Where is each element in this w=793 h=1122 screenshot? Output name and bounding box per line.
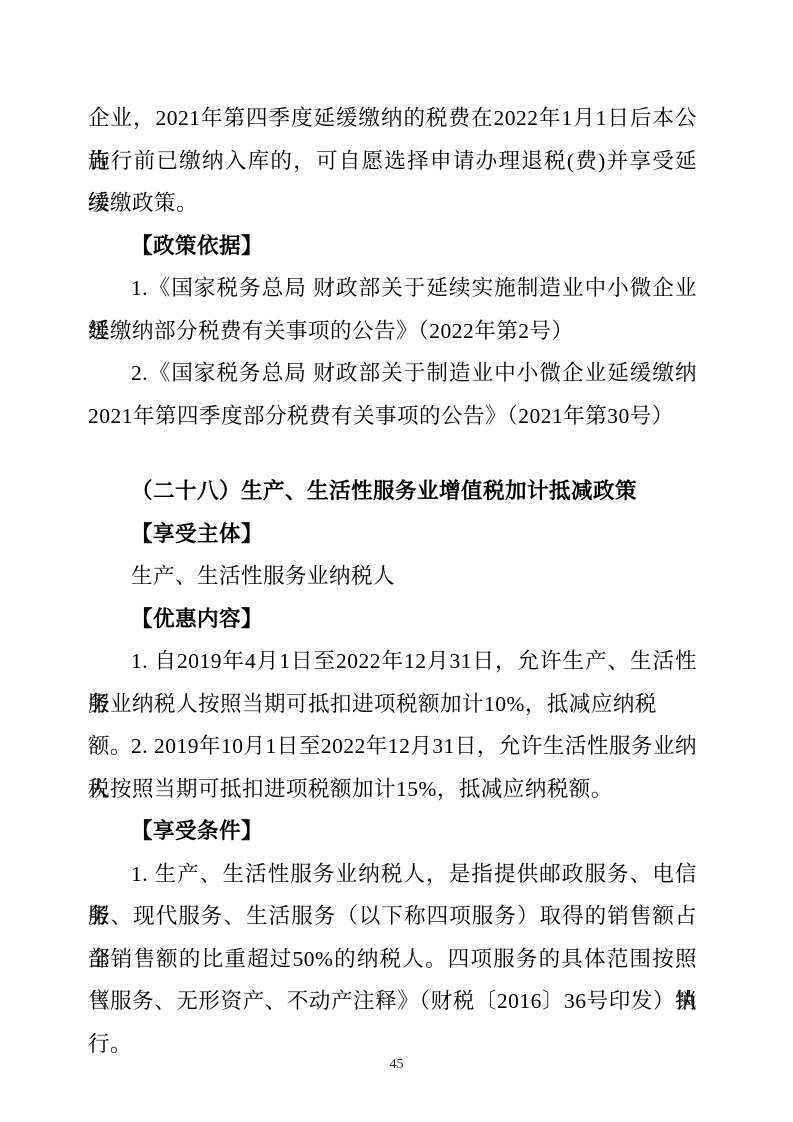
- label-beneficiary: 【享受主体】: [88, 513, 697, 556]
- label-benefit-content: 【优惠内容】: [88, 598, 697, 641]
- para-line: 务、现代服务、生活服务（以下称四项服务）取得的销售额占全: [88, 895, 697, 938]
- document-page: 企业，2021年第四季度延缓缴纳的税费在2022年1月1日后本公告 施行前已缴纳…: [0, 0, 793, 1122]
- para-line: 务业纳税人按照当期可抵扣进项税额加计10%，抵减应纳税额。: [88, 683, 697, 726]
- para-line: 部销售额的比重超过50%的纳税人。四项服务的具体范围按照《销: [88, 938, 697, 981]
- label-conditions: 【享受条件】: [88, 810, 697, 853]
- para-line: 生产、生活性服务业纳税人: [88, 555, 697, 598]
- page-number: 45: [0, 1055, 793, 1075]
- para-line: 2.《国家税务总局 财政部关于制造业中小微企业延缓缴纳: [88, 352, 697, 395]
- para-line: 1. 生产、生活性服务业纳税人，是指提供邮政服务、电信服: [88, 853, 697, 896]
- para-line: 企业，2021年第四季度延缓缴纳的税费在2022年1月1日后本公告: [88, 97, 697, 140]
- heading-section-28: （二十八）生产、生活性服务业增值税加计抵减政策: [88, 470, 697, 513]
- para-line: 施行前已缴纳入库的，可自愿选择申请办理退税(费)并享受延续: [88, 140, 697, 183]
- document-body: 企业，2021年第四季度延缓缴纳的税费在2022年1月1日后本公告 施行前已缴纳…: [88, 97, 697, 1065]
- para-line: 2. 2019年10月1日至2022年12月31日，允许生活性服务业纳税: [88, 725, 697, 768]
- para-line: 人按照当期可抵扣进项税额加计15%，抵减应纳税额。: [88, 768, 697, 811]
- para-line: 1.《国家税务总局 财政部关于延续实施制造业中小微企业延: [88, 267, 697, 310]
- para-line: 缓缴纳部分税费有关事项的公告》（2022年第2号）: [88, 310, 697, 353]
- para-line: 售服务、无形资产、不动产注释》（财税〔2016〕36号印发）执: [88, 980, 697, 1023]
- para-line: 1. 自2019年4月1日至2022年12月31日，允许生产、生活性服: [88, 640, 697, 683]
- para-line: 2021年第四季度部分税费有关事项的公告》（2021年第30号）: [88, 395, 697, 438]
- para-line: 缓缴政策。: [88, 182, 697, 225]
- label-policy-basis: 【政策依据】: [88, 225, 697, 268]
